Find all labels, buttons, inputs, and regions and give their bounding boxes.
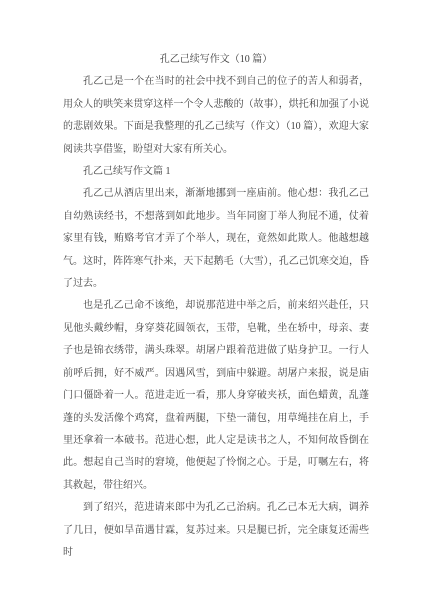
- section-heading: 孔乙己续写作文篇 1: [63, 161, 369, 183]
- paragraph: 孔乙己从酒店里出来，渐渐地挪到一座庙前。他心想：我孔乙己自幼熟读经书，不想落到如…: [63, 183, 369, 295]
- document-body: 孔乙己是一个在当时的社会中找不到自己的位子的苦人和弱者，用众人的哄笑来贯穿这样一…: [63, 71, 369, 564]
- paragraph: 也是孔乙己命不该绝，却说那范进中举之后，前来绍兴赴任，只见他头戴纱帽，身穿葵花圆…: [63, 295, 369, 497]
- paragraph: 孔乙己是一个在当时的社会中找不到自己的位子的苦人和弱者，用众人的哄笑来贯穿这样一…: [63, 71, 369, 161]
- document-page: 孔乙己续写作文（10 篇） 孔乙己是一个在当时的社会中找不到自己的位子的苦人和弱…: [0, 0, 424, 600]
- document-title: 孔乙己续写作文（10 篇）: [63, 49, 369, 71]
- paragraph: 到了绍兴，范进请来郎中为孔乙己治病。孔乙己本无大病，调养了几日，便如旱苗遇甘霖，…: [63, 497, 369, 564]
- document-text-block: 孔乙己续写作文（10 篇） 孔乙己是一个在当时的社会中找不到自己的位子的苦人和弱…: [63, 49, 369, 564]
